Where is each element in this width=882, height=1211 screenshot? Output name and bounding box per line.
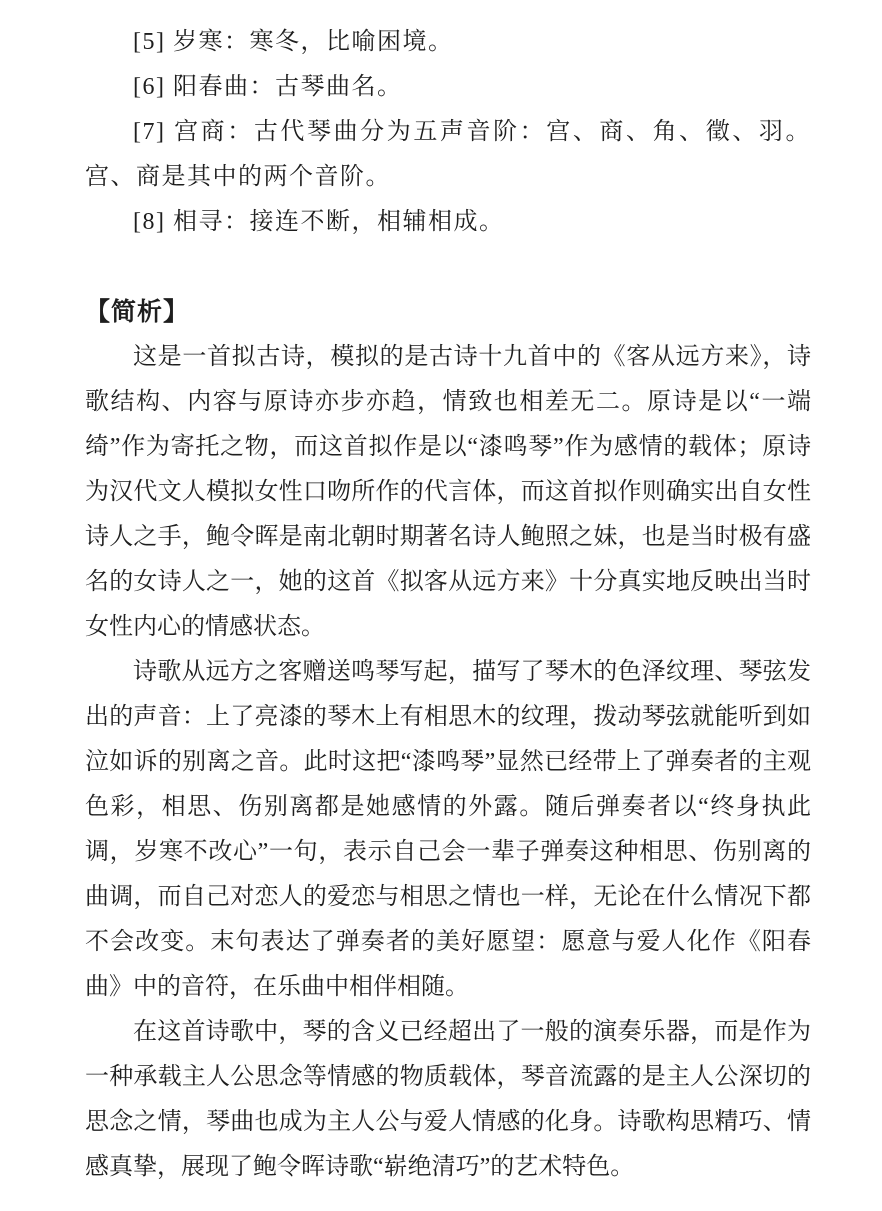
analysis-section: 这是一首拟古诗，模拟的是古诗十九首中的《客从远方来》，诗歌结构、内容与原诗亦步亦… [85,335,811,1190]
analysis-paragraph-2: 诗歌从远方之客赠送鸣琴写起，描写了琴木的色泽纹理、琴弦发出的声音：上了亮漆的琴木… [85,650,811,1010]
annotations-section: [5] 岁寒：寒冬，比喻困境。 [6] 阳春曲：古琴曲名。 [7] 宫商：古代琴… [85,20,811,245]
analysis-paragraph-3: 在这首诗歌中，琴的含义已经超出了一般的演奏乐器，而是作为一种承载主人公思念等情感… [85,1010,811,1190]
note-item-6: [6] 阳春曲：古琴曲名。 [85,65,811,110]
note-item-5: [5] 岁寒：寒冬，比喻困境。 [85,20,811,65]
book-page: [5] 岁寒：寒冬，比喻困境。 [6] 阳春曲：古琴曲名。 [7] 宫商：古代琴… [0,0,882,1211]
analysis-paragraph-1: 这是一首拟古诗，模拟的是古诗十九首中的《客从远方来》，诗歌结构、内容与原诗亦步亦… [85,335,811,650]
note-item-8: [8] 相寻：接连不断，相辅相成。 [85,200,811,245]
analysis-heading: 【简析】 [85,290,811,335]
note-item-7: [7] 宫商：古代琴曲分为五声音阶：宫、商、角、徵、羽。宫、商是其中的两个音阶。 [85,110,811,200]
